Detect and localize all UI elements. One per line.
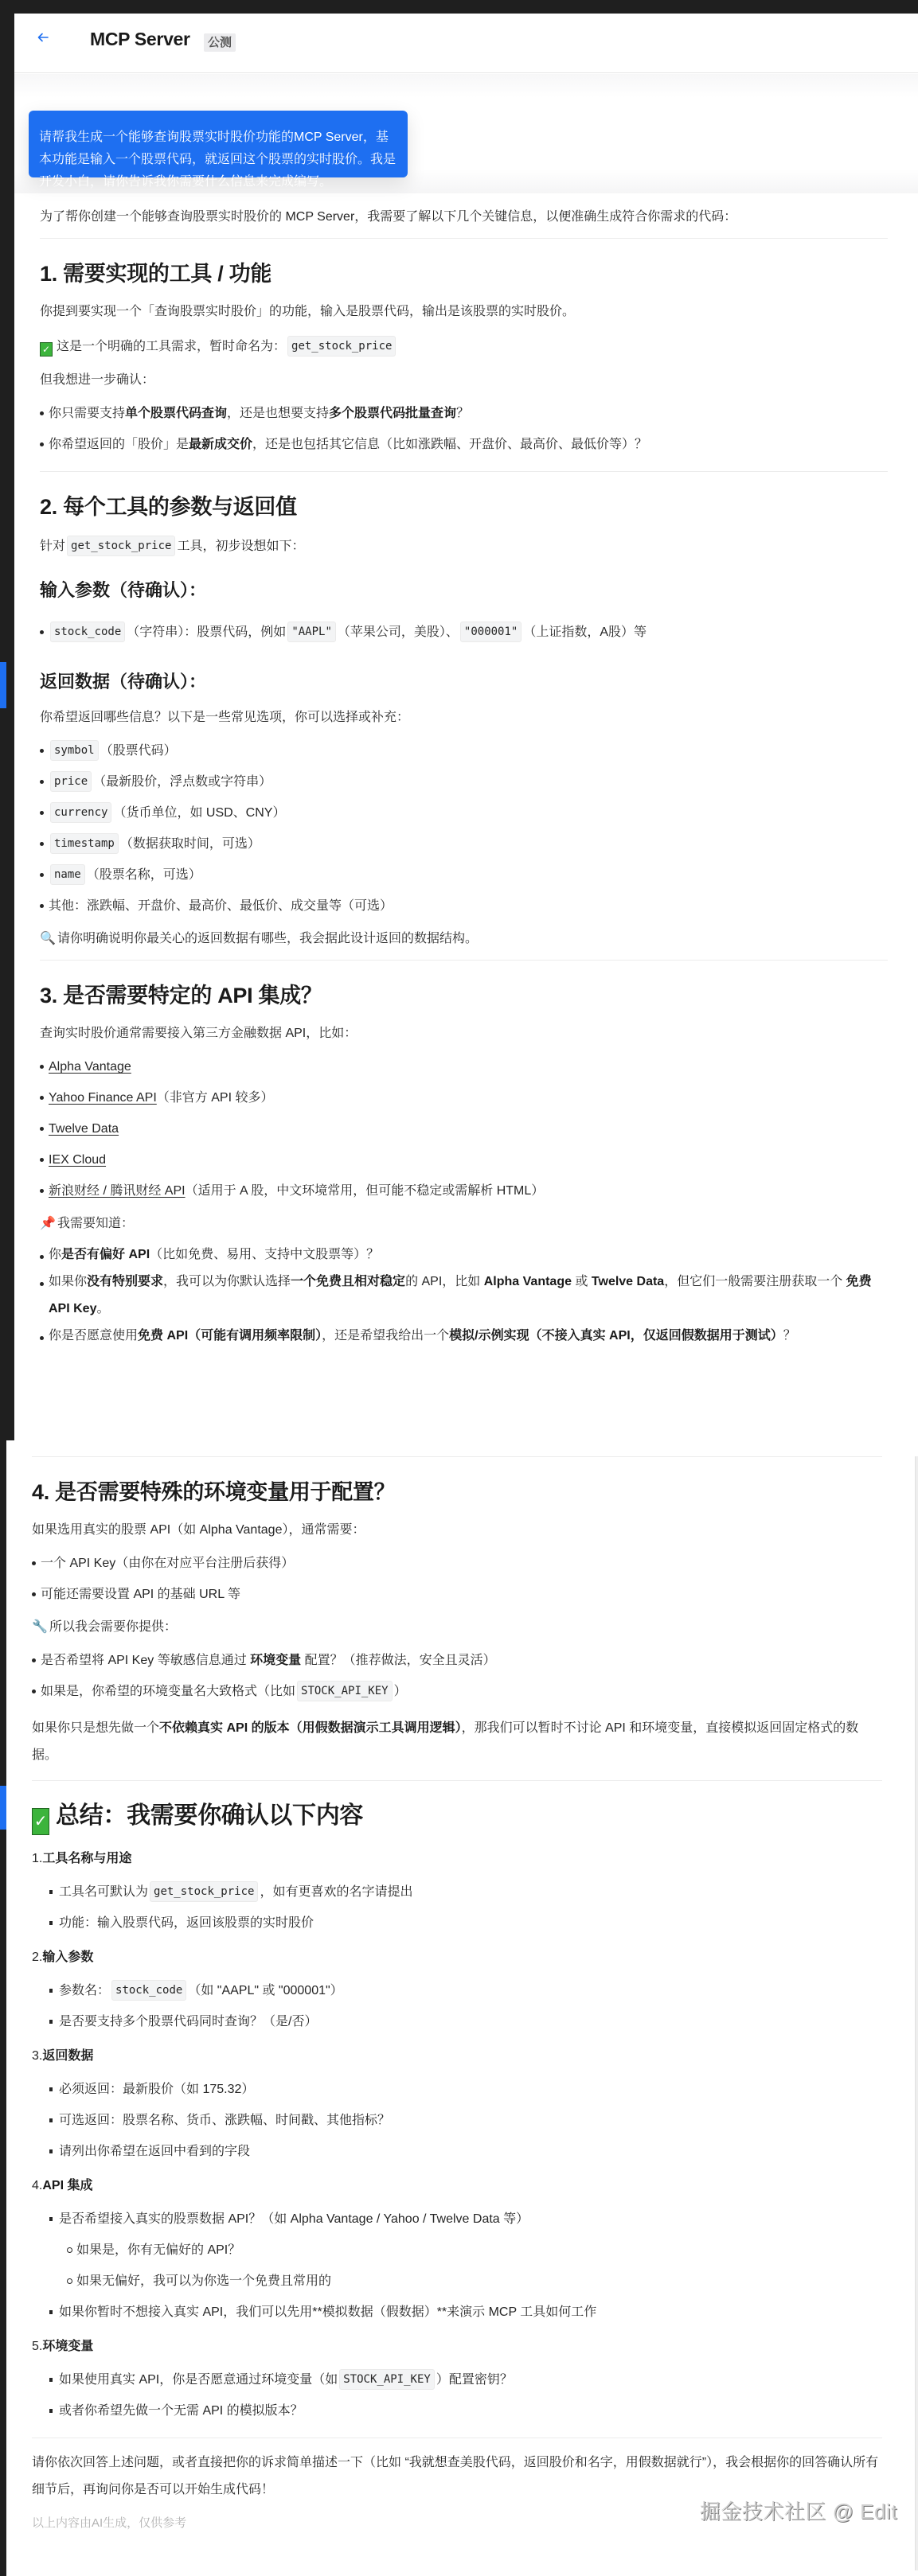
list-item: 新浪财经 / 腾讯财经 API（适用于 A 股，中文环境常用，但可能不稳定或需解…	[40, 1175, 888, 1206]
list-item: 工具名可默认为get_stock_price，如有更喜欢的名字请提出	[49, 1876, 882, 1908]
code-env-var: STOCK_API_KEY	[339, 2369, 435, 2390]
need-know: 📌我需要知道：	[40, 1214, 888, 1233]
list-item: 或者你希望先做一个无需 API 的模拟版本？	[49, 2395, 882, 2426]
pushpin-icon: 📌	[40, 1214, 54, 1233]
code-param: stock_code	[111, 1980, 186, 2001]
watermark: 掘金技术社区 @ Edit	[700, 2496, 897, 2525]
list-item: price（最新股价，浮点数或字符串）	[40, 766, 888, 797]
section1-questions: 你只需要支持单个股票代码查询，还是也想要支持多个股票代码批量查询？ 你希望返回的…	[40, 398, 888, 460]
sidebar-active-marker	[0, 662, 6, 708]
summary-item: 5.环境变量 如果使用真实 API，你是否愿意通过环境变量（如STOCK_API…	[32, 2337, 882, 2426]
section4-para: 如果你只是想先做一个不依赖真实 API 的版本（用假数据演示工具调用逻辑），那我…	[32, 1715, 882, 1769]
list-item: Yahoo Finance API（非官方 API 较多）	[40, 1082, 888, 1113]
page-title: MCP Server	[90, 29, 190, 50]
list-item: 你是否愿意使用免费 API（可能有调用频率限制），还是希望我给出一个模拟/示例实…	[40, 1323, 888, 1350]
window-top-bar	[0, 0, 918, 14]
list-item: timestamp（数据获取时间，可选）	[40, 828, 888, 859]
code-field: symbol	[50, 740, 99, 761]
list-item: 参数名：stock_code（如 "AAPL" 或 "000001"）	[49, 1975, 882, 2006]
summary-item: 4.API 集成 是否希望接入真实的股票数据 API？（如 Alpha Vant…	[32, 2177, 882, 2328]
summary-heading: ✓总结：我需要你确认以下内容	[32, 1802, 882, 1835]
list-item: 如果你暂时不想接入真实 API，我们可以先用**模拟数据（假数据）**来演示 M…	[49, 2297, 882, 2328]
list-item: 你希望返回的「股价」是最新成交价，还是也包括其它信息（比如涨跌幅、开盘价、最高价…	[40, 429, 888, 460]
list-item: 可选返回：股票名称、货币、涨跌幅、时间戳、其他指标？	[49, 2105, 882, 2136]
tool-name-text: 这是一个明确的工具需求，暂时命名为：	[57, 340, 286, 353]
link-twelve-data[interactable]: Twelve Data	[49, 1122, 119, 1136]
back-button[interactable]	[37, 29, 56, 49]
divider	[32, 1456, 882, 1457]
magnifying-glass-icon: 🔍	[40, 929, 54, 949]
list-item: symbol（股票代码）	[40, 735, 888, 766]
confirm-text: 但我想进一步确认：	[40, 371, 888, 390]
list-item: stock_code（字符串）：股票代码，例如"AAPL"（苹果公司，美股）、"…	[40, 617, 888, 648]
list-item: 如果使用真实 API，你是否愿意通过环境变量（如STOCK_API_KEY）配置…	[49, 2364, 882, 2395]
list-item: Twelve Data	[40, 1113, 888, 1144]
code-param: stock_code	[50, 622, 125, 642]
return-fields-list: symbol（股票代码） price（最新股价，浮点数或字符串） currenc…	[40, 735, 888, 922]
code-tool-name: get_stock_price	[67, 536, 175, 556]
list-item: Alpha Vantage	[40, 1051, 888, 1082]
return-note: 🔍请你明确说明你最关心的返回数据有哪些，我会据此设计返回的数据结构。	[40, 929, 888, 949]
list-item: currency（货币单位，如 USD、CNY）	[40, 797, 888, 828]
list-item: 是否希望将 API Key 等敏感信息通过 环境变量 配置？（推荐做法，安全且灵…	[32, 1645, 882, 1676]
list-item: 必须返回：最新股价（如 175.32）	[49, 2074, 882, 2105]
check-mark-icon: ✓	[32, 1808, 49, 1835]
list-item: 是否希望接入真实的股票数据 API？（如 Alpha Vantage / Yah…	[49, 2204, 882, 2297]
arrow-left-icon	[37, 31, 49, 44]
section3-questions: 你是否有偏好 API（比如免费、易用、支持中文股票等）？ 如果你没有特别要求，我…	[40, 1241, 888, 1350]
api-list: Alpha Vantage Yahoo Finance API（非官方 API …	[40, 1051, 888, 1206]
divider	[40, 238, 888, 239]
list-item: 可能还需要设置 API 的基础 URL 等	[32, 1579, 882, 1610]
return-intro: 你希望返回哪些信息？以下是一些常见选项，你可以选择或补充：	[40, 708, 888, 727]
intro-text: 为了帮你创建一个能够查询股票实时股价的 MCP Server，我需要了解以下几个…	[40, 208, 888, 227]
code-field: name	[50, 864, 85, 885]
assistant-response: 为了帮你创建一个能够查询股票实时股价的 MCP Server，我需要了解以下几个…	[40, 201, 888, 1358]
section4-questions: 是否希望将 API Key 等敏感信息通过 环境变量 配置？（推荐做法，安全且灵…	[32, 1645, 882, 1707]
sidebar-active-marker	[0, 1786, 6, 1830]
input-params-heading: 输入参数（待确认）：	[40, 579, 888, 602]
list-item: 是否要支持多个股票代码同时查询？（是/否）	[49, 2006, 882, 2037]
chat-panel: MCP Server 公测 请帮我生成一个能够查询股票实时股价功能的MCP Se…	[14, 14, 918, 1440]
scrollbar[interactable]	[915, 1456, 918, 2570]
list-item: 如果你没有特别要求，我可以为你默认选择一个免费且相对稳定的 API，比如 Alp…	[40, 1269, 888, 1323]
list-item: IEX Cloud	[40, 1144, 888, 1175]
link-sina-tencent[interactable]: 新浪财经 / 腾讯财经 API	[49, 1184, 186, 1198]
divider	[40, 960, 888, 961]
list-item: 如果是，你希望的环境变量名大致格式（比如STOCK_API_KEY）	[32, 1676, 882, 1707]
divider	[32, 1780, 882, 1781]
section2-intro: 针对get_stock_price工具，初步设想如下：	[40, 536, 888, 556]
list-item: name（股票名称，可选）	[40, 859, 888, 890]
code-field: currency	[50, 802, 111, 823]
assistant-response-continued: 4. 是否需要特殊的环境变量用于配置？ 如果选用真实的股票 API（如 Alph…	[32, 1440, 882, 2512]
code-example: "AAPL"	[287, 622, 336, 642]
summary-item: 1.工具名称与用途 工具名可默认为get_stock_price，如有更喜欢的名…	[32, 1849, 882, 1939]
link-alpha-vantage[interactable]: Alpha Vantage	[49, 1060, 131, 1074]
user-message-area: 请帮我生成一个能够查询股票实时股价功能的MCP Server，基本功能是输入一个…	[14, 74, 918, 193]
screen-top-segment: MCP Server 公测 请帮我生成一个能够查询股票实时股价功能的MCP Se…	[0, 14, 918, 1440]
user-message-bubble: 请帮我生成一个能够查询股票实时股价功能的MCP Server，基本功能是输入一个…	[29, 111, 408, 177]
link-iex-cloud[interactable]: IEX Cloud	[49, 1153, 106, 1167]
list-item: 你只需要支持单个股票代码查询，还是也想要支持多个股票代码批量查询？	[40, 398, 888, 429]
section4-intro: 如果选用真实的股票 API（如 Alpha Vantage），通常需要：	[32, 1521, 882, 1540]
list-item: 请列出你希望在返回中看到的字段	[49, 2136, 882, 2167]
link-yahoo-finance[interactable]: Yahoo Finance API	[49, 1091, 157, 1105]
section3-heading: 3. 是否需要特定的 API 集成？	[40, 981, 888, 1010]
code-example: "000001"	[460, 622, 522, 642]
tool-name-line: ✓这是一个明确的工具需求，暂时命名为：get_stock_price	[40, 336, 888, 357]
check-mark-icon: ✓	[40, 342, 53, 357]
code-field: price	[50, 771, 92, 792]
input-params-list: stock_code（字符串）：股票代码，例如"AAPL"（苹果公司，美股）、"…	[40, 617, 888, 648]
section3-intro: 查询实时股价通常需要接入第三方金融数据 API，比如：	[40, 1024, 888, 1043]
summary-item: 3.返回数据 必须返回：最新股价（如 175.32） 可选返回：股票名称、货币、…	[32, 2047, 882, 2167]
return-data-heading: 返回数据（待确认）：	[40, 670, 888, 694]
sub-list-item: 如果无偏好，我可以为你选一个免费且常用的	[67, 2266, 882, 2297]
section4-needs: 一个 API Key（由你在对应平台注册后获得） 可能还需要设置 API 的基础…	[32, 1548, 882, 1610]
list-item: 一个 API Key（由你在对应平台注册后获得）	[32, 1548, 882, 1579]
list-item: 你是否有偏好 API（比如免费、易用、支持中文股票等）？	[40, 1241, 888, 1269]
chat-panel: 4. 是否需要特殊的环境变量用于配置？ 如果选用真实的股票 API（如 Alph…	[6, 1440, 918, 2576]
sub-list-item: 如果是，你有无偏好的 API？	[67, 2235, 882, 2266]
code-tool-name: get_stock_price	[287, 336, 396, 357]
code-env-var: STOCK_API_KEY	[297, 1681, 393, 1701]
beta-badge: 公测	[204, 33, 236, 52]
divider	[40, 471, 888, 472]
section2-heading: 2. 每个工具的参数与返回值	[40, 493, 888, 521]
ai-disclaimer: 以上内容由AI生成，仅供参考	[32, 2514, 186, 2531]
divider	[32, 2438, 882, 2438]
page-header: MCP Server 公测	[14, 14, 918, 73]
screen-bottom-segment: 4. 是否需要特殊的环境变量用于配置？ 如果选用真实的股票 API（如 Alph…	[0, 1440, 918, 2576]
provide-text: 🔧所以我会需要你提供：	[32, 1618, 882, 1637]
code-field: timestamp	[50, 833, 119, 854]
list-item: 其他：涨跌幅、开盘价、最高价、最低价、成交量等（可选）	[40, 890, 888, 922]
wrench-icon: 🔧	[32, 1618, 46, 1637]
summary-list: 1.工具名称与用途 工具名可默认为get_stock_price，如有更喜欢的名…	[32, 1849, 882, 2426]
section1-para: 你提到要实现一个「查询股票实时股价」的功能，输入是股票代码，输出是该股票的实时股…	[40, 302, 888, 322]
list-item: 功能：输入股票代码，返回该股票的实时股价	[49, 1908, 882, 1939]
section1-heading: 1. 需要实现的工具 / 功能	[40, 259, 888, 288]
summary-item: 2.输入参数 参数名：stock_code（如 "AAPL" 或 "000001…	[32, 1948, 882, 2037]
section4-heading: 4. 是否需要特殊的环境变量用于配置？	[32, 1478, 882, 1506]
code-tool-name: get_stock_price	[150, 1881, 258, 1902]
